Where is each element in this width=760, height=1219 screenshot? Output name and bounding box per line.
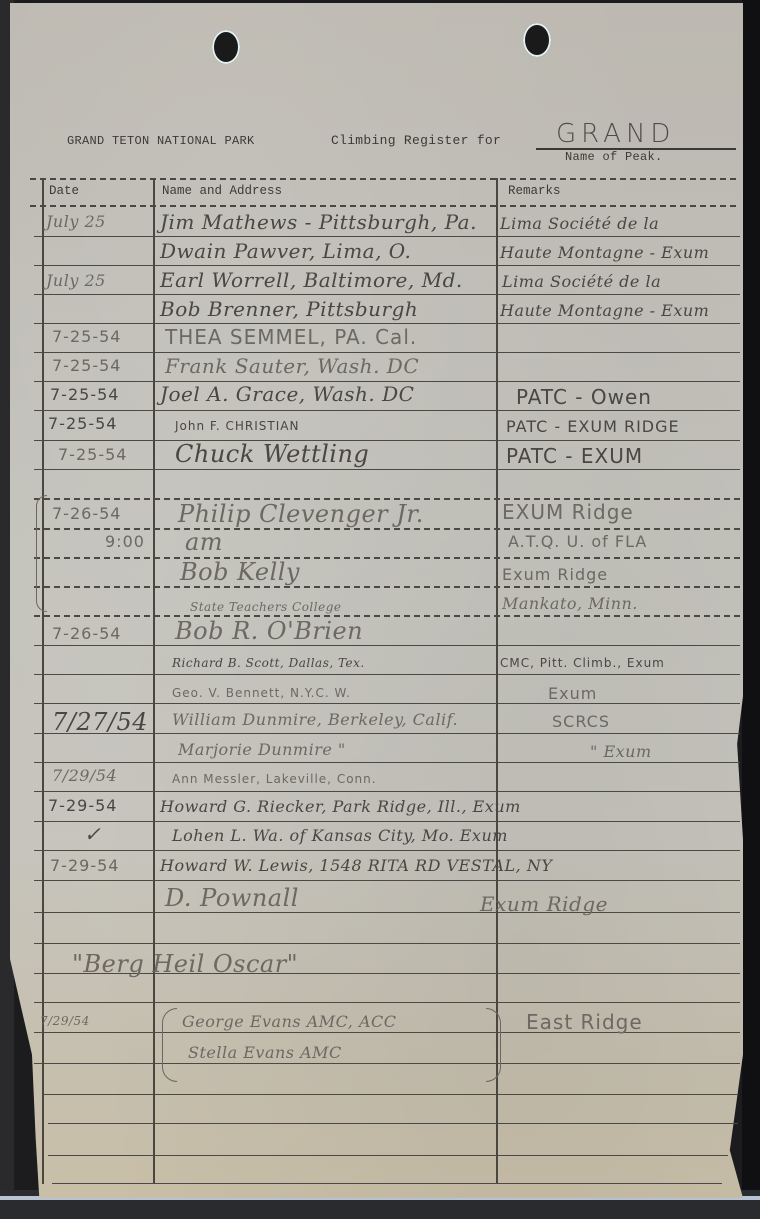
checkmark-icon: ✓ xyxy=(84,822,101,846)
entry-remarks: Lima Société de la xyxy=(500,214,659,233)
entry-remarks: PATC - Owen xyxy=(516,385,652,409)
entry-name: Marjorie Dunmire " xyxy=(178,740,346,759)
row-rule xyxy=(34,880,740,881)
column-header-remarks: Remarks xyxy=(508,184,561,198)
park-title: GRAND TETON NATIONAL PARK xyxy=(67,134,255,148)
row-rule xyxy=(34,615,740,617)
entry-remarks: East Ridge xyxy=(526,1010,643,1034)
entry-name: Bob Kelly xyxy=(180,558,300,586)
row-rule xyxy=(34,557,740,559)
entry-name: George Evans AMC, ACC xyxy=(182,1012,397,1031)
table-top-border xyxy=(30,178,736,180)
entry-name: Howard W. Lewis, 1548 RITA RD VESTAL, NY xyxy=(160,856,552,875)
punch-hole-left xyxy=(212,30,240,64)
row-rule xyxy=(34,323,740,324)
entry-remarks: Exum xyxy=(548,684,597,703)
row-rule xyxy=(34,1002,740,1003)
register-label: Climbing Register for xyxy=(331,133,501,148)
entry-remarks: A.T.Q. U. of FLA xyxy=(508,532,647,551)
row-rule xyxy=(34,1063,740,1064)
left-border xyxy=(42,178,44,1184)
row-rule xyxy=(34,821,740,822)
entry-name: D. Pownall xyxy=(165,884,299,912)
punch-hole-right xyxy=(523,23,551,57)
row-rule xyxy=(34,294,740,295)
column-header-date: Date xyxy=(49,184,79,198)
entry-remarks: Haute Montagne - Exum xyxy=(500,243,709,262)
group-bracket xyxy=(36,495,47,612)
entry-date: July 25 xyxy=(46,212,106,231)
entry-date: 7-29-54 xyxy=(50,856,119,875)
row-rule xyxy=(34,791,740,792)
entry-name: Earl Worrell, Baltimore, Md. xyxy=(160,268,463,292)
entry-name: Joel A. Grace, Wash. DC xyxy=(160,382,414,406)
entry-name: Geo. V. Bennett, N.Y.C. W. xyxy=(172,686,351,700)
peak-caption: Name of Peak. xyxy=(565,150,663,164)
entry-date: 7/29/54 xyxy=(52,766,117,785)
entry-name: Chuck Wettling xyxy=(175,440,369,468)
entry-name: Jim Mathews - Pittsburgh, Pa. xyxy=(160,210,477,234)
entry-name: Philip Clevenger Jr. xyxy=(178,500,424,528)
entry-name: Dwain Pawver, Lima, O. xyxy=(160,239,411,263)
entry-name: Bob R. O'Brien xyxy=(175,617,363,645)
entry-date: 7-25-54 xyxy=(58,445,127,464)
row-rule xyxy=(48,1155,728,1156)
row-rule xyxy=(34,528,740,530)
row-rule xyxy=(34,762,740,763)
entry-remarks: Exum Ridge xyxy=(502,565,608,584)
entry-date: 7/27/54 xyxy=(52,708,148,736)
date-column-divider xyxy=(153,178,155,1184)
entry-date: 7-26-54 xyxy=(52,624,121,643)
entry-date: 9:00 xyxy=(105,532,145,551)
entry-name: Ann Messler, Lakeville, Conn. xyxy=(172,772,377,786)
entry-name: William Dunmire, Berkeley, Calif. xyxy=(172,710,458,729)
row-rule xyxy=(48,1123,738,1124)
entry-date: 7-29-54 xyxy=(48,796,117,815)
entry-name: Frank Sauter, Wash. DC xyxy=(165,354,419,378)
entry-remarks: Haute Montagne - Exum xyxy=(500,301,709,320)
entry-date: 7-25-54 xyxy=(50,385,119,404)
row-rule xyxy=(34,674,740,675)
background-right xyxy=(742,0,760,1219)
column-header-name: Name and Address xyxy=(162,184,282,198)
entry-date: 7-26-54 xyxy=(52,504,121,523)
entry-date: July 25 xyxy=(46,271,106,290)
row-rule xyxy=(34,410,740,411)
entry-remarks: " Exum xyxy=(590,742,652,761)
entry-name: "Berg Heil Oscar" xyxy=(72,950,298,978)
entry-remarks: SCRCS xyxy=(552,712,610,731)
group-bracket xyxy=(486,1008,501,1082)
entry-remarks: Lima Société de la xyxy=(502,272,661,291)
entry-remarks: EXUM Ridge xyxy=(502,500,634,524)
entry-name: State Teachers College xyxy=(190,600,342,614)
entry-remarks: PATC - EXUM RIDGE xyxy=(506,417,680,436)
entry-name: Richard B. Scott, Dallas, Tex. xyxy=(172,656,365,670)
row-rule xyxy=(34,440,740,441)
row-rule xyxy=(34,352,740,353)
entry-name: Bob Brenner, Pittsburgh xyxy=(160,297,418,321)
row-rule xyxy=(42,1094,738,1095)
entry-date: 7-25-54 xyxy=(52,327,121,346)
entry-name: THEA SEMMEL, PA. Cal. xyxy=(165,325,417,349)
row-rule xyxy=(34,645,740,646)
entry-date: 7-25-54 xyxy=(48,414,117,433)
entry-date: 7-25-54 xyxy=(52,356,121,375)
row-rule xyxy=(52,1183,722,1184)
row-rule xyxy=(34,850,740,851)
entry-name: Lohen L. Wa. of Kansas City, Mo. Exum xyxy=(172,826,508,845)
peak-name: GRAND xyxy=(556,119,675,149)
entry-name: Stella Evans AMC xyxy=(188,1043,342,1062)
entry-remarks: CMC, Pitt. Climb., Exum xyxy=(500,656,665,670)
row-rule xyxy=(34,469,740,470)
entry-remarks: PATC - EXUM xyxy=(506,444,643,468)
header-bottom-border xyxy=(30,205,736,207)
row-rule xyxy=(34,912,740,913)
row-rule xyxy=(34,586,740,588)
row-rule xyxy=(34,943,740,944)
group-bracket xyxy=(162,1008,177,1082)
entry-name: Howard G. Riecker, Park Ridge, Ill., Exu… xyxy=(160,797,521,816)
row-rule xyxy=(34,265,740,266)
entry-date: 7/29/54 xyxy=(40,1014,90,1028)
entry-name: John F. CHRISTIAN xyxy=(175,419,299,433)
row-rule xyxy=(34,236,740,237)
entry-name: am xyxy=(185,528,223,556)
row-rule xyxy=(34,703,740,704)
entry-remarks: Mankato, Minn. xyxy=(502,594,638,613)
entry-remarks: Exum Ridge xyxy=(480,892,608,916)
